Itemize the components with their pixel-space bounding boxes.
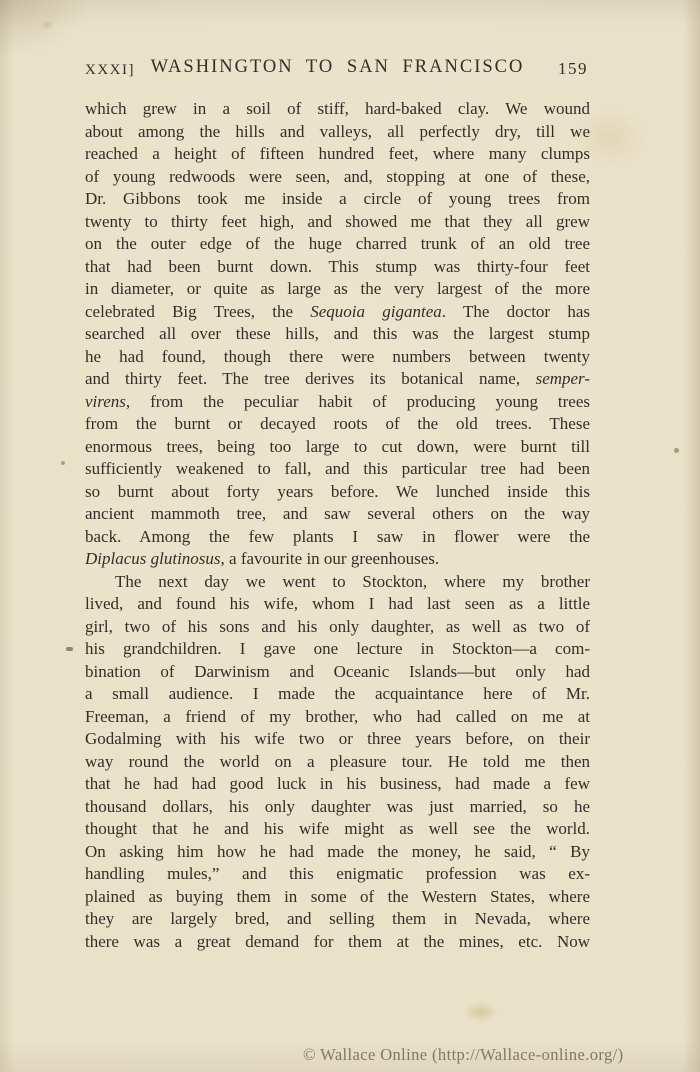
- text-line: and thirty feet. The tree derives its bo…: [85, 368, 590, 391]
- text-line: On asking him how he had made the money,…: [85, 841, 590, 864]
- text-line: of young redwoods were seen, and, stoppi…: [85, 166, 590, 189]
- text-line: in diameter, or quite as large as the ve…: [85, 278, 590, 301]
- foxing-spot: [674, 448, 679, 453]
- text-line: enormous trees, being too large to cut d…: [85, 436, 590, 459]
- text-line: The next day we went to Stockton, where …: [85, 571, 590, 594]
- text-line: they are largely bred, and selling them …: [85, 908, 590, 931]
- foxing-spot: [61, 461, 65, 465]
- text-line: way round the world on a pleasure tour. …: [85, 751, 590, 774]
- running-head: XXXI] WASHINGTON TO SAN FRANCISCO 159: [85, 57, 590, 83]
- text-line: Godalming with his wife two or three yea…: [85, 728, 590, 751]
- watermark: © Wallace Online (http://Wallace-online.…: [303, 1045, 624, 1065]
- foxing-spot: [464, 1002, 498, 1022]
- text-line: thousand dollars, his only daughter was …: [85, 796, 590, 819]
- ink-mark: [66, 647, 73, 651]
- text-line: on the outer edge of the huge charred tr…: [85, 233, 590, 256]
- text-line: about among the hills and valleys, all p…: [85, 121, 590, 144]
- text-line: searched all over these hills, and this …: [85, 323, 590, 346]
- paragraph: which grew in a soil of stiff, hard-bake…: [85, 98, 590, 571]
- chapter-number: XXXI]: [85, 62, 135, 79]
- text-line: so burnt about forty years before. We lu…: [85, 481, 590, 504]
- scanned-book-page: { "header": { "chapter_label": "XXXI]", …: [0, 0, 700, 1072]
- text-line: lived, and found his wife, whom I had la…: [85, 593, 590, 616]
- text-line: his grandchildren. I gave one lecture in…: [85, 638, 590, 661]
- text-line: that he had had good luck in his busines…: [85, 773, 590, 796]
- text-line: virens, from the peculiar habit of produ…: [85, 391, 590, 414]
- text-line: bination of Darwinism and Oceanic Island…: [85, 661, 590, 684]
- text-line: which grew in a soil of stiff, hard-bake…: [85, 98, 590, 121]
- text-line: celebrated Big Trees, the Sequoia gigant…: [85, 301, 590, 324]
- text-line: Freeman, a friend of my brother, who had…: [85, 706, 590, 729]
- text-line: girl, two of his sons and his only daugh…: [85, 616, 590, 639]
- text-line: he had found, though there were numbers …: [85, 346, 590, 369]
- text-line: a small audience. I made the acquaintanc…: [85, 683, 590, 706]
- text-line: handling mules,” and this enigmatic prof…: [85, 863, 590, 886]
- text-line: sufficiently weakened to fall, and this …: [85, 458, 590, 481]
- text-line: Dr. Gibbons took me inside a circle of y…: [85, 188, 590, 211]
- text-line: twenty to thirty feet high, and showed m…: [85, 211, 590, 234]
- text-line: thought that he and his wife might as we…: [85, 818, 590, 841]
- text-line: plained as buying them in some of the We…: [85, 886, 590, 909]
- text-line: there was a great demand for them at the…: [85, 931, 590, 954]
- text-line: reached a height of fifteen hundred feet…: [85, 143, 590, 166]
- text-line: back. Among the few plants I saw in flow…: [85, 526, 590, 549]
- page-title: WASHINGTON TO SAN FRANCISCO: [151, 57, 525, 78]
- text-line: from the burnt or decayed roots of the o…: [85, 413, 590, 436]
- paragraph: The next day we went to Stockton, where …: [85, 571, 590, 954]
- text-line: Diplacus glutinosus, a favourite in our …: [85, 548, 590, 571]
- foxing-spot: [40, 20, 54, 30]
- text-block: which grew in a soil of stiff, hard-bake…: [85, 98, 590, 953]
- page-number: 159: [558, 59, 588, 79]
- text-line: ancient mammoth tree, and saw several ot…: [85, 503, 590, 526]
- text-line: that had been burnt down. This stump was…: [85, 256, 590, 279]
